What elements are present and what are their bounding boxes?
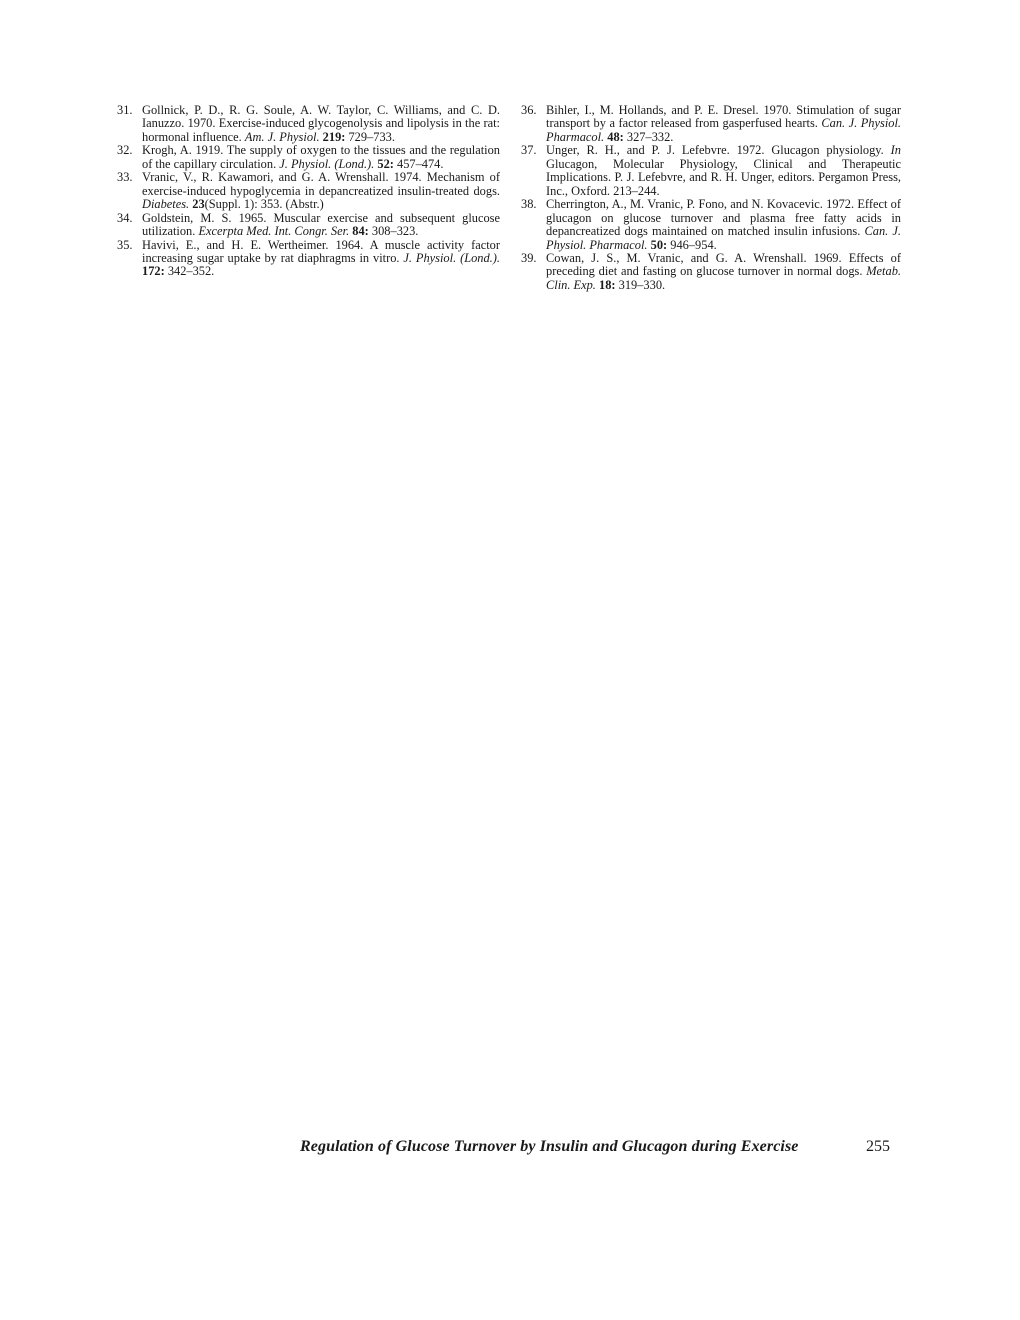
reference-number: 37. xyxy=(521,144,537,157)
reference-text: Goldstein, M. S. 1965. Muscular exercise… xyxy=(142,211,500,238)
reference-text: Cherrington, A., M. Vranic, P. Fono, and… xyxy=(546,197,901,251)
reference-number: 32. xyxy=(117,144,133,157)
page-number: 255 xyxy=(866,1137,890,1157)
reference-number: 35. xyxy=(117,239,133,252)
reference-item: 35.Havivi, E., and H. E. Wertheimer. 196… xyxy=(117,239,500,279)
reference-item: 31.Gollnick, P. D., R. G. Soule, A. W. T… xyxy=(117,104,500,144)
reference-text: Vranic, V., R. Kawamori, and G. A. Wrens… xyxy=(142,170,500,211)
reference-item: 37.Unger, R. H., and P. J. Lefebvre. 197… xyxy=(521,144,901,198)
reference-item: 36.Bihler, I., M. Hollands, and P. E. Dr… xyxy=(521,104,901,144)
references-right-column: 36.Bihler, I., M. Hollands, and P. E. Dr… xyxy=(521,104,901,292)
reference-item: 38.Cherrington, A., M. Vranic, P. Fono, … xyxy=(521,198,901,252)
reference-number: 33. xyxy=(117,171,133,184)
reference-item: 33.Vranic, V., R. Kawamori, and G. A. Wr… xyxy=(117,171,500,211)
reference-number: 31. xyxy=(117,104,133,117)
running-title: Regulation of Glucose Turnover by Insuli… xyxy=(300,1137,798,1157)
reference-text: Havivi, E., and H. E. Wertheimer. 1964. … xyxy=(142,238,500,279)
reference-text: Bihler, I., M. Hollands, and P. E. Drese… xyxy=(546,103,901,144)
reference-number: 36. xyxy=(521,104,537,117)
reference-item: 34.Goldstein, M. S. 1965. Muscular exerc… xyxy=(117,212,500,239)
reference-item: 39.Cowan, J. S., M. Vranic, and G. A. Wr… xyxy=(521,252,901,292)
reference-number: 39. xyxy=(521,252,537,265)
reference-number: 34. xyxy=(117,212,133,225)
reference-text: Unger, R. H., and P. J. Lefebvre. 1972. … xyxy=(546,143,901,197)
reference-text: Krogh, A. 1919. The supply of oxygen to … xyxy=(142,143,500,170)
reference-item: 32.Krogh, A. 1919. The supply of oxygen … xyxy=(117,144,500,171)
references-left-column: 31.Gollnick, P. D., R. G. Soule, A. W. T… xyxy=(117,104,500,279)
reference-number: 38. xyxy=(521,198,537,211)
reference-text: Cowan, J. S., M. Vranic, and G. A. Wrens… xyxy=(546,251,901,292)
reference-text: Gollnick, P. D., R. G. Soule, A. W. Tayl… xyxy=(142,103,500,144)
